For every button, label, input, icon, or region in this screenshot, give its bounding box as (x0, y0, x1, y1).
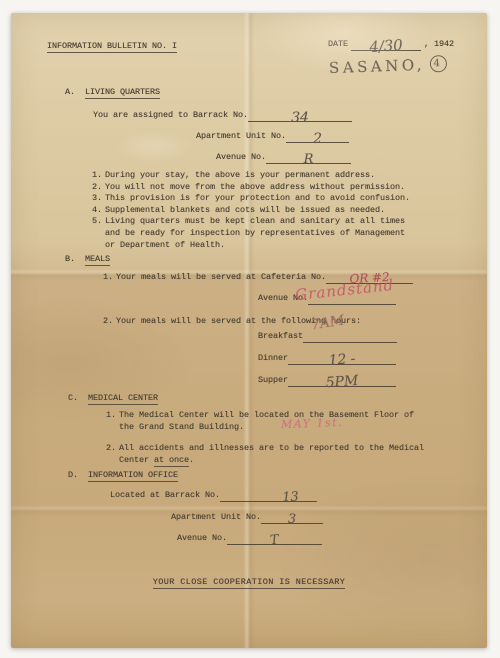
medical-report-item: 2. All accidents and illnesses are to be… (106, 443, 437, 466)
section-c-title: MEDICAL CENTER (88, 393, 158, 405)
name-annotation: SASANO,4 (329, 55, 448, 79)
office-apartment-value: 3 (261, 515, 323, 525)
circled-number: 4 (430, 55, 448, 73)
supper-value: 5PM (288, 373, 396, 391)
avenue-value: R (266, 155, 351, 165)
date-label: DATE (328, 39, 348, 51)
office-barrack-value: 13 (242, 490, 339, 505)
avenue-field: Avenue No. R (216, 152, 351, 164)
supper-field: Supper 5PM (258, 375, 396, 387)
rule-item: 5. Living quarters must be kept clean an… (92, 216, 437, 251)
office-barrack-field: Located at Barrack No. 13 (110, 490, 317, 502)
barrack-blank-line: 34 (248, 111, 352, 122)
supper-blank-line: 5PM (288, 376, 396, 387)
office-apartment-field: Apartment Unit No. 3 (171, 512, 323, 524)
dinner-field: Dinner 12 - (258, 353, 396, 365)
breakfast-blank-line (303, 332, 397, 343)
medical-annotation: MAY 1st. (281, 416, 344, 431)
document-page: INFORMATION BULLETIN NO. I DATE 4/30 , 1… (11, 13, 487, 648)
rule-item: 2. You will not move from the above addr… (92, 182, 437, 194)
rule-item: 1. During your stay, the above is your p… (92, 170, 437, 182)
avenue-blank-line: R (266, 153, 351, 164)
apartment-value: 2 (286, 134, 349, 144)
date-year: , 1942 (424, 39, 454, 51)
rule-item: 4. Supplemental blankets and cots will b… (92, 205, 437, 217)
bulletin-title: INFORMATION BULLETIN NO. I (47, 41, 177, 53)
date-blank-line: 4/30 (351, 40, 421, 51)
barrack-value: 34 (248, 113, 352, 123)
living-quarters-rules: 1. During your stay, the above is your p… (92, 170, 437, 251)
section-c-heading: C.MEDICAL CENTER (68, 393, 158, 405)
medical-location-item: 1. The Medical Center will be located on… (106, 410, 431, 433)
footer-slogan: YOUR CLOSE COOPERATION IS NECESSARY (11, 577, 487, 589)
section-a-heading: A.LIVING QUARTERS (65, 87, 160, 99)
office-avenue-field: Avenue No. T (177, 533, 322, 545)
office-avenue-blank-line: T (227, 534, 322, 545)
office-barrack-blank-line: 13 (220, 491, 317, 502)
breakfast-field: Breakfast (258, 331, 397, 343)
barrack-field: You are assigned to Barrack No. 34 (93, 110, 352, 122)
office-avenue-value: T (227, 531, 323, 551)
at-once-emphasis: at once (154, 455, 189, 467)
apartment-field: Apartment Unit No. 2 (196, 131, 349, 143)
dinner-blank-line: 12 - (288, 354, 396, 365)
date-field: DATE 4/30 , 1942 (328, 39, 454, 51)
office-apartment-blank-line: 3 (261, 513, 323, 524)
section-d-title: INFORMATION OFFICE (88, 470, 178, 482)
section-b-title: MEALS (85, 254, 110, 266)
rule-item: 3. This provision is for your protection… (92, 193, 437, 205)
section-d-heading: D.INFORMATION OFFICE (68, 470, 178, 482)
dinner-value: 12 - (288, 351, 396, 369)
section-b-heading: B.MEALS (65, 254, 110, 266)
section-a-title: LIVING QUARTERS (85, 87, 160, 99)
apartment-blank-line: 2 (286, 132, 349, 143)
date-handwritten-value: 4/30 (351, 38, 422, 53)
